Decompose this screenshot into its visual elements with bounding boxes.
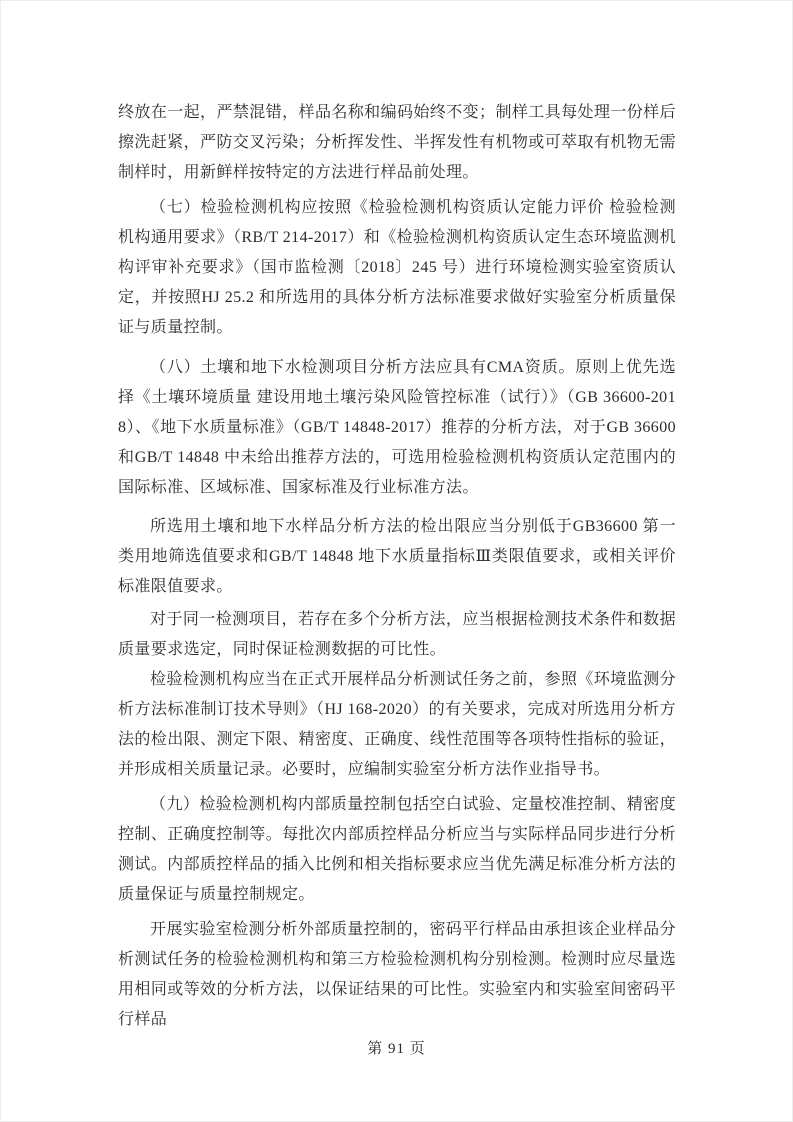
paragraph-detection-limits: 所选用土壤和地下水样品分析方法的检出限应当分别低于GB36600 第一类用地筛选… xyxy=(118,512,676,602)
paragraph-item-9: （九）检验检测机构内部质量控制包括空白试验、定量校准控制、精密度控制、正确度控制… xyxy=(118,790,676,910)
document-page: 终放在一起，严禁混错，样品名称和编码始终不变；制样工具每处理一份样后擦洗赶紧，严… xyxy=(0,0,793,1122)
paragraph-continuation: 终放在一起，严禁混错，样品名称和编码始终不变；制样工具每处理一份样后擦洗赶紧，严… xyxy=(118,98,676,188)
document-body: 终放在一起，严禁混错，样品名称和编码始终不变；制样工具每处理一份样后擦洗赶紧，严… xyxy=(118,98,676,1035)
paragraph-item-7: （七）检验检测机构应按照《检验检测机构资质认定能力评价 检验检测机构通用要求》（… xyxy=(118,193,676,343)
paragraph-method-selection: 对于同一检测项目，若存在多个分析方法，应当根据检测技术条件和数据质量要求选定，同… xyxy=(118,605,676,665)
page-number: 第 91 页 xyxy=(1,1038,792,1060)
paragraph-method-verification: 检验检测机构应当在正式开展样品分析测试任务之前，参照《环境监测分析方法标准制订技… xyxy=(118,665,676,785)
paragraph-external-qc: 开展实验室检测分析外部质量控制的，密码平行样品由承担该企业样品分析测试任务的检验… xyxy=(118,915,676,1035)
paragraph-item-8: （八）土壤和地下水检测项目分析方法应具有CMA资质。原则上优先选择《土壤环境质量… xyxy=(118,353,676,503)
